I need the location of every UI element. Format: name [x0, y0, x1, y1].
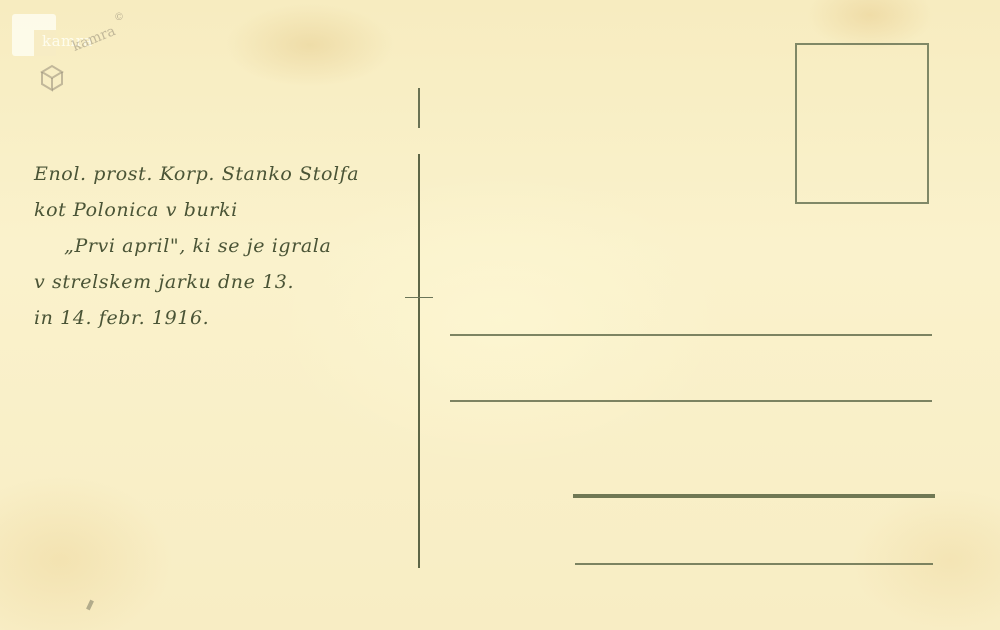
message-line-5: in 14. febr. 1916. — [34, 300, 359, 336]
address-line-3 — [573, 494, 935, 498]
copyright-icon: © — [114, 12, 124, 23]
watermark-brand-text-rotated: kamra — [70, 23, 118, 55]
kamra-watermark-logo: kamra kamra © — [10, 12, 120, 92]
message-line-1: Enol. prost. Korp. Stanko Stolfa — [34, 156, 359, 192]
center-divider-line — [418, 88, 420, 568]
address-line-4 — [575, 563, 933, 565]
message-line-4: v strelskem jarku dne 13. — [34, 264, 359, 300]
handwritten-message: Enol. prost. Korp. Stanko Stolfa kot Pol… — [34, 156, 359, 336]
address-line-1 — [450, 334, 932, 336]
paper-smudge — [86, 600, 94, 611]
postcard-back: kamra kamra © Enol. prost. Korp. Stanko … — [0, 0, 1000, 630]
address-line-2 — [450, 400, 932, 402]
cube-logo-icon — [38, 62, 72, 92]
stamp-box — [795, 43, 929, 204]
divider-tick-mark — [405, 297, 433, 298]
message-line-3: „Prvi april", ki se je igrala — [34, 228, 359, 264]
message-line-2: kot Polonica v burki — [34, 192, 359, 228]
